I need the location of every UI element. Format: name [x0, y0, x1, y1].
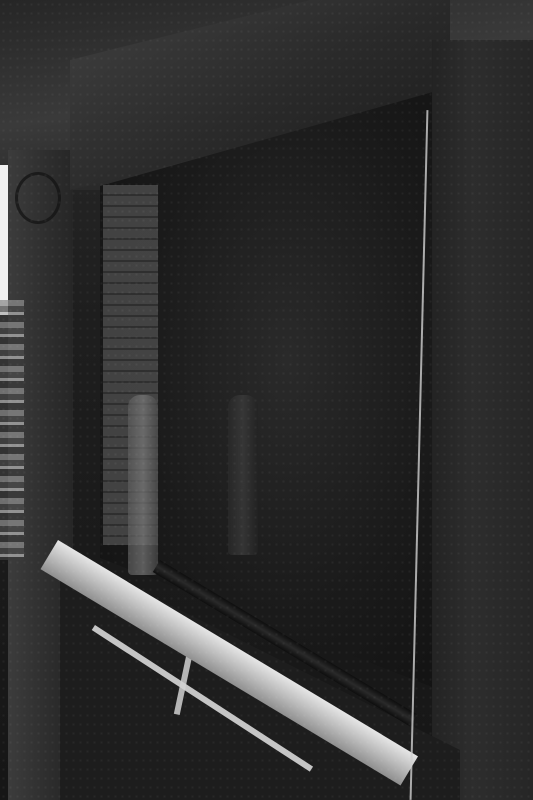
film-grain	[0, 0, 533, 800]
photograph	[0, 0, 533, 800]
